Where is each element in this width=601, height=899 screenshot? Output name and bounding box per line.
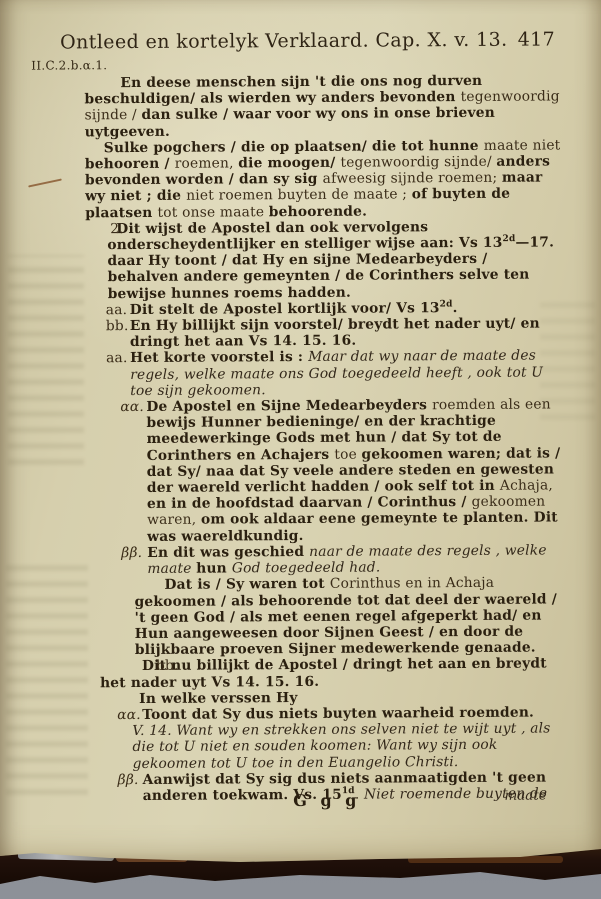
page-number: 417 (518, 28, 556, 50)
printed-area: Ontleed en kortelyk Verklaard. Cap. X. v… (0, 0, 601, 868)
text-segment: 2d (440, 299, 453, 309)
text-segment: om ook aldaar eene gemeynte te planten. … (147, 510, 558, 545)
text-segment: Corinthus en in Achaja (330, 575, 494, 592)
text-segment: hun (196, 561, 232, 577)
text-segment: en in de hoofdstad daarvan / Corinthus / (147, 494, 472, 512)
block-label: aa. (106, 351, 128, 367)
block-label: aa. (106, 302, 128, 318)
catchword: maate (504, 788, 546, 804)
text-block: bb.En Hy billijkt sijn voorstel/ breydt … (86, 315, 562, 350)
text-segment: En dit was geschied (147, 544, 309, 561)
text-segment: Dit wijst de Apostel dan ook vervolgens … (107, 219, 502, 253)
text-segment: roemen, (175, 155, 239, 171)
block-label: ββ. (118, 772, 139, 788)
block-label: bb. (114, 658, 179, 675)
text-segment: 2d (502, 234, 515, 244)
text-block: En deese menschen sijn 't die ons nog du… (84, 72, 560, 140)
block-label: bb. (106, 318, 129, 334)
signature-mark: G g g (293, 791, 360, 810)
text-segment: Dat is / Sy waren tot (164, 576, 329, 593)
text-segment: behoorende. (269, 203, 367, 220)
block-label: ββ. (121, 545, 142, 561)
text-segment: dan sulke / waar voor wy ons in onse bri… (85, 105, 495, 140)
text-segment: gekoomen / als behoorende tot dat deel d… (135, 591, 557, 658)
text-segment: Achaja, (500, 478, 553, 494)
text-segment: tegenwoordig sijnde/ (340, 154, 496, 171)
text-block: aa.Het korte voorstel is : Maar dat wy n… (86, 348, 562, 400)
text-segment: toe (334, 446, 361, 462)
text-block: Dat is / Sy waren tot Corinthus en in Ac… (87, 575, 563, 659)
text-block: αα.De Apostel en Sijne Medearbeyders roe… (86, 396, 563, 545)
block-label: αα. (120, 399, 144, 415)
photo-background: Ontleed en kortelyk Verklaard. Cap. X. v… (0, 0, 601, 899)
book-page: Ontleed en kortelyk Verklaard. Cap. X. v… (0, 0, 601, 866)
running-header: Ontleed en kortelyk Verklaard. Cap. X. v… (60, 28, 555, 53)
text-segment: En Hy billijkt sijn voorstel/ breydt het… (130, 316, 540, 351)
block-label: 2. (101, 221, 124, 237)
text-segment: Het korte voorstel is : (130, 349, 308, 366)
margin-note: II.C.2.b.α.1. (31, 58, 107, 72)
text-segment: roemden als een (432, 397, 551, 414)
text-block: Sulke pogchers / die op plaatsen/ die to… (85, 137, 561, 221)
text-block: 2.Dit wijst de Apostel dan ook vervolgen… (85, 218, 561, 302)
text-segment: behooren / (85, 156, 175, 173)
text-segment: maate niet (484, 137, 561, 153)
text-segment: In welke verssen Hy (139, 690, 297, 707)
block-label: αα. (117, 707, 141, 723)
text-segment: die moogen/ (238, 155, 340, 172)
text-segment: Dit stelt de Apostel kortlijk voor/ Vs 1… (130, 300, 440, 318)
text-segment: afweesig sijnde roemen; (323, 170, 502, 187)
text-segment: En deese menschen sijn 't die ons nog du… (84, 73, 482, 108)
text-segment: tot onse maate (157, 204, 268, 221)
text-segment: De Apostel en Sijne Medearbeyders (146, 397, 432, 415)
text-segment: . (453, 300, 458, 316)
text-segment: V. 14. Want wy en strekken ons selven ni… (132, 721, 550, 772)
page-body: En deese menschen sijn 't die ons nog du… (84, 72, 564, 804)
page-header-title: Ontleed en kortelyk Verklaard. Cap. X. v… (60, 29, 508, 54)
text-segment: God toegedeeld had. (232, 560, 381, 577)
text-segment: niet roemen buyten de maate ; (186, 187, 412, 204)
page-footer: G g g maate (89, 789, 565, 812)
text-block: V. 14. Want wy en strekken ons selven ni… (88, 721, 564, 773)
text-block: ββ.En dit was geschied naar de maate des… (87, 542, 563, 577)
text-block: bb.Dit nu billijkt de Apostel / dringt h… (88, 656, 564, 691)
